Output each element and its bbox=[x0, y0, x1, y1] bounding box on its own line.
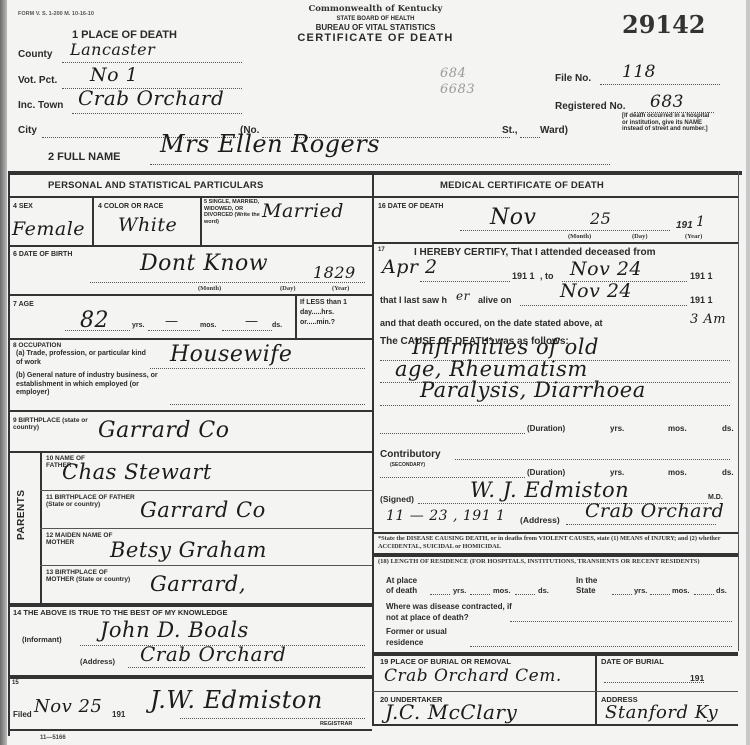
dod-month-value: Nov bbox=[490, 205, 536, 230]
attended-to-year: 191 1 bbox=[690, 271, 713, 281]
dob-day-caption: (Day) bbox=[280, 285, 296, 292]
in-state-label: In the State bbox=[576, 576, 612, 596]
personal-section-title: PERSONAL AND STATISTICAL PARTICULARS bbox=[48, 180, 264, 191]
undertaker-address-value: Stanford Ky bbox=[605, 702, 718, 723]
cause-line-3: Paralysis, Diarrhoea bbox=[420, 378, 646, 402]
age-ds-label: ds. bbox=[272, 322, 282, 329]
sex-label: 4 SEX bbox=[13, 203, 33, 210]
mother-birthplace-label: 13 BIRTHPLACE OF MOTHER (State or countr… bbox=[46, 569, 136, 583]
physician-address-value: Crab Orchard bbox=[585, 500, 724, 522]
city-label: City bbox=[18, 125, 37, 136]
dod-year-suffix: 1 bbox=[696, 214, 705, 230]
occupation-a-value: Housewife bbox=[170, 342, 292, 367]
disease-contracted-label: Where was disease contracted, if not at … bbox=[386, 601, 526, 623]
file-no-value: 118 bbox=[622, 62, 656, 82]
last-saw-label: that I last saw h bbox=[380, 295, 447, 305]
age-mos-label: mos. bbox=[200, 322, 216, 329]
dob-month-caption: (Month) bbox=[198, 285, 221, 292]
in-state-mos-label: mos. bbox=[672, 586, 690, 595]
duration-yrs-label-1: yrs. bbox=[610, 424, 624, 433]
burial-date-label: DATE OF BURIAL bbox=[601, 657, 664, 666]
vot-pct-label: Vot. Pct. bbox=[18, 75, 57, 86]
last-saw-pronoun: er bbox=[456, 289, 470, 303]
marital-status-label: 5 SINGLE, MARRIED, WIDOWED, OR DIVORCED … bbox=[204, 199, 266, 225]
age-label: 7 AGE bbox=[13, 301, 34, 308]
cause-footnote: *State the DISEASE CAUSING DEATH, or in … bbox=[378, 535, 736, 551]
in-state-yrs-label: yrs. bbox=[634, 586, 647, 595]
father-birthplace-label: 11 BIRTHPLACE OF FATHER (State or countr… bbox=[46, 494, 136, 508]
registered-no-label: Registered No. bbox=[555, 101, 626, 112]
informant-address-value: Crab Orchard bbox=[140, 642, 286, 666]
at-place-mos-label: mos. bbox=[493, 586, 511, 595]
mother-birthplace-value: Garrard, bbox=[150, 572, 246, 596]
certify-statement: I HEREBY CERTIFY, That I attended deceas… bbox=[414, 247, 656, 258]
dod-label: 16 DATE OF DEATH bbox=[378, 203, 443, 210]
full-name-label: 2 FULL NAME bbox=[48, 151, 121, 163]
burial-date-year: 191 bbox=[690, 673, 704, 683]
physician-signature: W. J. Edmiston bbox=[470, 478, 629, 502]
age-years-value: 82 bbox=[80, 308, 109, 333]
age-yrs-label: yrs. bbox=[132, 322, 144, 329]
signed-date-value: 11 — 23 , 191 1 bbox=[386, 508, 505, 524]
ward-label: Ward) bbox=[540, 125, 568, 136]
certificate-number: 29142 bbox=[622, 10, 706, 39]
filed-number: 15 bbox=[12, 680, 19, 686]
full-name-value: Mrs Ellen Rogers bbox=[160, 130, 380, 158]
dob-year-caption: (Year) bbox=[332, 285, 349, 292]
duration-ds-label-2: ds. bbox=[722, 468, 734, 477]
duration-yrs-label-2: yrs. bbox=[610, 468, 624, 477]
inc-town-value: Crab Orchard bbox=[78, 86, 224, 110]
knowledge-statement: 14 THE ABOVE IS TRUE TO THE BEST OF MY K… bbox=[13, 608, 227, 617]
form-footer-number: 11—5166 bbox=[40, 735, 66, 741]
vot-pct-value: No 1 bbox=[90, 64, 138, 86]
registrar-signature: J.W. Edmiston bbox=[150, 686, 323, 714]
dod-day-caption: (Day) bbox=[632, 233, 648, 240]
dob-value: Dont Know bbox=[140, 251, 268, 276]
county-value: Lancaster bbox=[70, 40, 155, 59]
age-days-value: — bbox=[245, 314, 259, 329]
filed-date-value: Nov 25 bbox=[34, 696, 102, 717]
duration-mos-label-2: mos. bbox=[668, 468, 687, 477]
attended-from-value: Apr 2 bbox=[382, 256, 438, 278]
filed-label: Filed bbox=[13, 710, 32, 719]
filed-year-prefix: 191 bbox=[112, 710, 125, 719]
birthplace-label: 9 BIRTHPLACE (state or country) bbox=[13, 417, 103, 431]
frame-left bbox=[8, 171, 10, 736]
margin-note-1: 684 bbox=[440, 66, 466, 81]
sex-value: Female bbox=[12, 218, 85, 240]
frame-right bbox=[738, 171, 739, 651]
marital-status-value: Married bbox=[262, 200, 344, 222]
hospital-note: [If death occurred in a hospital or inst… bbox=[622, 113, 714, 133]
contributory-label: Contributory bbox=[380, 449, 441, 460]
duration-label-2: (Duration) bbox=[527, 468, 565, 477]
bureau-title: BUREAU OF VITAL STATISTICS bbox=[258, 23, 493, 32]
father-name-value: Chas Stewart bbox=[62, 460, 212, 484]
dod-day-value: 25 bbox=[590, 209, 611, 228]
informant-value: John D. Boals bbox=[100, 618, 249, 642]
last-saw-date-value: Nov 24 bbox=[560, 280, 632, 302]
at-place-ds-label: ds. bbox=[538, 586, 549, 595]
certify-number: 17 bbox=[378, 247, 385, 253]
duration-ds-label-1: ds. bbox=[722, 424, 734, 433]
scan-left-edge bbox=[0, 0, 7, 745]
alive-on-label: alive on bbox=[478, 295, 512, 305]
occupation-b-label: (b) General nature of industry business,… bbox=[16, 372, 171, 398]
dob-label: 6 DATE OF BIRTH bbox=[13, 251, 72, 258]
street-label: St., bbox=[502, 125, 518, 136]
death-time-value: 3 Am bbox=[690, 312, 726, 327]
dod-month-caption: (Month) bbox=[568, 233, 591, 240]
board-title: STATE BOARD OF HEALTH bbox=[258, 16, 493, 22]
commonwealth-title: Commonwealth of Kentucky bbox=[258, 4, 493, 14]
at-place-yrs-label: yrs. bbox=[453, 586, 466, 595]
medical-section-title: MEDICAL CERTIFICATE OF DEATH bbox=[440, 180, 604, 191]
in-state-ds-label: ds. bbox=[716, 586, 727, 595]
occupation-label: 8 OCCUPATION bbox=[13, 342, 61, 349]
registered-no-value: 683 bbox=[650, 92, 684, 112]
at-place-label: At place of death bbox=[386, 576, 426, 596]
informant-address-label: (Address) bbox=[80, 657, 115, 666]
attended-to-value: Nov 24 bbox=[570, 258, 642, 280]
registrar-label: REGISTRAR bbox=[320, 721, 352, 727]
main-frame-top bbox=[8, 171, 742, 175]
undertaker-value: J.C. McClary bbox=[385, 700, 517, 724]
form-number: FORM V. S. 1-200 M. 10-16-10 bbox=[18, 11, 94, 17]
former-residence-label: Former or usual residence bbox=[386, 626, 466, 648]
dod-year-caption: (Year) bbox=[685, 233, 702, 240]
mother-name-value: Betsy Graham bbox=[110, 538, 267, 562]
cause-line-1: Infirmities of old bbox=[412, 335, 599, 359]
attended-from-year: 191 1 bbox=[512, 271, 535, 281]
inc-town-label: Inc. Town bbox=[18, 100, 63, 111]
scan-right-edge bbox=[746, 0, 750, 745]
last-saw-year: 191 1 bbox=[690, 295, 713, 305]
certificate-title: CERTIFICATE OF DEATH bbox=[258, 32, 493, 44]
residence-label: (18) LENGTH OF RESIDENCE (FOR HOSPITALS,… bbox=[378, 558, 733, 566]
death-occurred-label: and that death occured, on the date stat… bbox=[380, 318, 603, 328]
signed-label: (Signed) bbox=[380, 494, 414, 504]
center-divider bbox=[372, 171, 374, 726]
file-no-label: File No. bbox=[555, 73, 591, 84]
dod-year-prefix: 191 bbox=[676, 220, 693, 231]
certificate-header: Commonwealth of Kentucky STATE BOARD OF … bbox=[258, 4, 493, 44]
burial-place-value: Crab Orchard Cem. bbox=[384, 666, 562, 686]
race-value: White bbox=[118, 214, 177, 236]
age-months-value: — bbox=[165, 314, 179, 329]
race-label: 4 COLOR OR RACE bbox=[98, 203, 163, 210]
burial-place-label: 19 PLACE OF BURIAL OR REMOVAL bbox=[380, 657, 511, 666]
county-label: County bbox=[18, 49, 52, 60]
birthplace-value: Garrard Co bbox=[98, 418, 230, 443]
duration-label-1: (Duration) bbox=[527, 424, 565, 433]
parents-label: PARENTS bbox=[16, 489, 27, 540]
less-than-day-label: If LESS than 1 day.....hrs. or.....min.? bbox=[300, 298, 370, 328]
occupation-a-label: (a) Trade, profession, or particular kin… bbox=[16, 350, 151, 367]
father-birthplace-value: Garrard Co bbox=[140, 498, 266, 522]
informant-label: (Informant) bbox=[22, 635, 62, 644]
physician-address-label: (Address) bbox=[520, 515, 560, 525]
attended-to-label: , to bbox=[540, 271, 554, 281]
duration-mos-label-1: mos. bbox=[668, 424, 687, 433]
margin-note-2: 6683 bbox=[440, 82, 475, 97]
secondary-label: (SECONDARY) bbox=[390, 462, 425, 468]
dob-year-value: 1829 bbox=[313, 263, 356, 282]
